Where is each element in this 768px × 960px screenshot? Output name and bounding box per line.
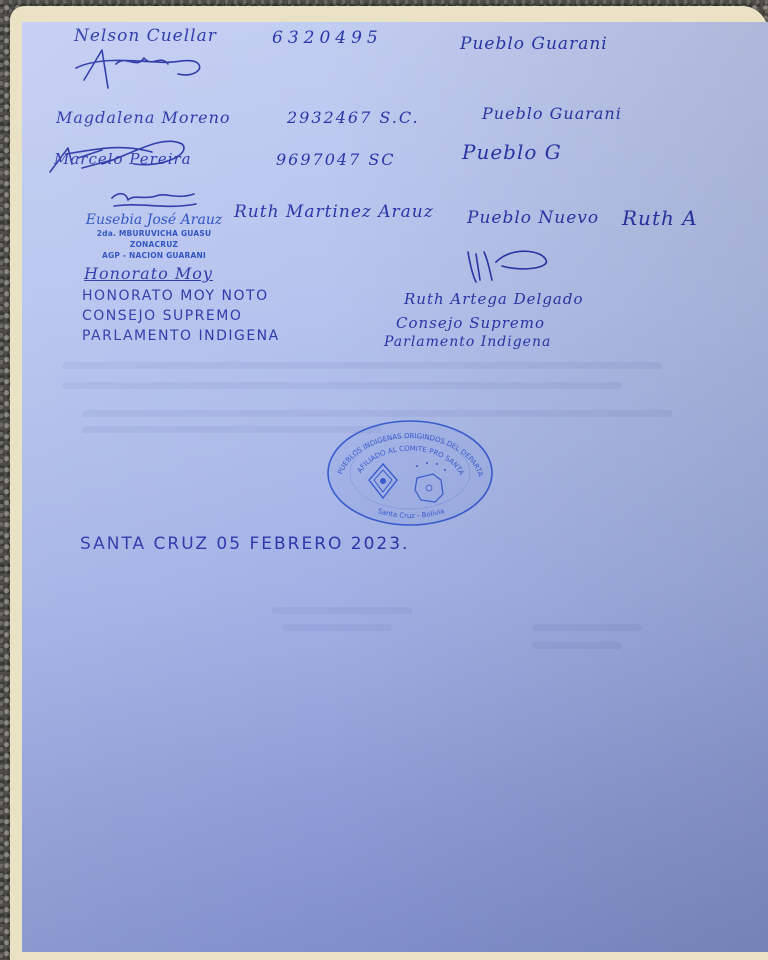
- entry-community: Pueblo Guarani: [482, 104, 622, 123]
- entry-signature: Ruth A: [622, 206, 698, 230]
- signatory-role: Consejo Supremo: [396, 314, 545, 332]
- official-seal: PUEBLOS INDIGENAS ORIGINDOS DEL DEPARTAM…: [325, 418, 495, 528]
- stamp-eusebia: Eusebia José Arauz 2da. MBURUVICHA GUASU…: [84, 212, 224, 261]
- signature-honorato: Honorato Moy: [84, 264, 213, 283]
- signatory-org: Parlamento Indigena: [82, 328, 280, 344]
- stamp-title: 2da. MBURUVICHA GUASU ZONACRUZ: [84, 228, 224, 250]
- entry-community: Pueblo Nuevo: [467, 208, 599, 228]
- bleed-through: [62, 382, 622, 389]
- signature-sheet: Nelson Cuellar 6320495 Pueblo Guarani Ma…: [22, 22, 768, 952]
- entry-id: 2932467 S.C.: [287, 108, 420, 127]
- bleed-through: [272, 607, 412, 614]
- bleed-through: [282, 624, 392, 631]
- signature-scribble: [66, 40, 216, 90]
- signatory-name: Ruth Artega Delgado: [404, 290, 584, 308]
- stamp-org: AGP - NACION GUARANI: [84, 250, 224, 261]
- signatory-role: Consejo Supremo: [82, 308, 242, 324]
- bleed-through: [532, 642, 622, 649]
- entry-name: Nelson Cuellar: [74, 26, 217, 46]
- entry-name: Magdalena Moreno: [56, 108, 231, 127]
- bleed-through: [62, 362, 662, 369]
- entry-name: Ruth Martinez Arauz: [234, 202, 434, 222]
- entry-community: Pueblo G: [462, 140, 562, 164]
- place-date: Santa Cruz 05 Febrero 2023.: [80, 534, 409, 554]
- entry-id: 6320495: [272, 28, 383, 48]
- signatory-org: Parlamento Indigena: [384, 334, 551, 350]
- signatory-name: Honorato Moy Noto: [82, 288, 269, 304]
- signature-scribble: [462, 244, 552, 288]
- bleed-through: [532, 624, 642, 631]
- stamp-name: Eusebia José Arauz: [84, 212, 224, 228]
- entry-name: Marcelo Pereira: [54, 150, 192, 168]
- entry-community: Pueblo Guarani: [460, 34, 608, 54]
- entry-id: 9697047 SC: [276, 150, 396, 169]
- bleed-through: [82, 410, 672, 417]
